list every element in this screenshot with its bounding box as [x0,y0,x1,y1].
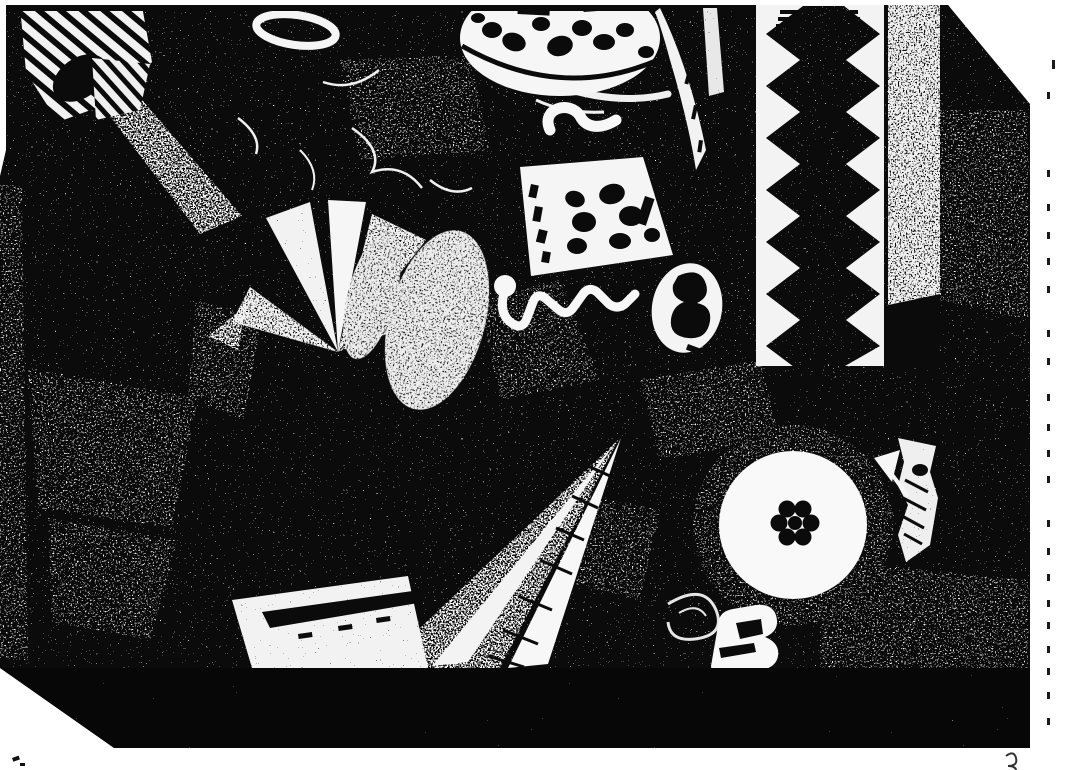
patch-right-column [940,110,1028,320]
disc-spot-7 [616,23,634,37]
margin-dash-2 [1047,170,1050,177]
halftone-painting-reproduction [0,0,1068,770]
margin-dash-16 [1047,600,1050,607]
margin-dash-4 [1047,232,1050,239]
disc-spot-6 [593,34,615,50]
margin-dash-21 [1047,718,1050,725]
bottom-shadow-grain [0,668,1030,748]
panel-mark-10 [609,233,631,249]
margin-dash-20 [1047,692,1050,699]
margin-dash-12 [1047,476,1050,483]
panel-mark-12 [644,228,660,242]
margin-dash-13 [1047,520,1050,527]
right-column-fade [884,294,940,368]
margin-dash-5 [1047,258,1050,265]
margin-dash-top [1052,60,1055,69]
margin-dash-6 [1047,286,1050,293]
artwork-content-layer [0,0,1030,748]
margin-dash-14 [1047,548,1050,555]
margin-dash-19 [1047,668,1050,675]
margin-dash-7 [1047,330,1050,337]
flower-petal-2 [795,501,812,518]
disc-spot-5 [572,20,592,36]
ribbon-notch [912,464,928,476]
patch-top-mid [340,55,490,160]
margin-dash-3 [1047,204,1050,211]
margin-dash-15 [1047,574,1050,581]
disc-spot-11 [471,13,485,23]
flower-center [788,516,802,530]
flower-petal-5 [779,529,796,546]
margin-dash-8 [1047,358,1050,365]
panel-mark-7 [567,238,587,254]
margin-dash-9 [1047,394,1050,401]
flower-petal-6 [795,529,812,546]
margin-dash-10 [1047,424,1050,431]
margin-dash-18 [1047,646,1050,653]
disc-spot-8 [638,46,654,58]
disc-spot-1 [482,22,502,38]
margin-dash-17 [1047,622,1050,629]
margin-dash-1 [1047,92,1050,99]
panel-mark-6 [572,212,596,232]
disc-spot-3 [532,17,550,31]
bottom-left-mark-2 [20,763,25,766]
scanned-artwork-page [0,0,1068,770]
margin-dash-11 [1047,450,1050,457]
